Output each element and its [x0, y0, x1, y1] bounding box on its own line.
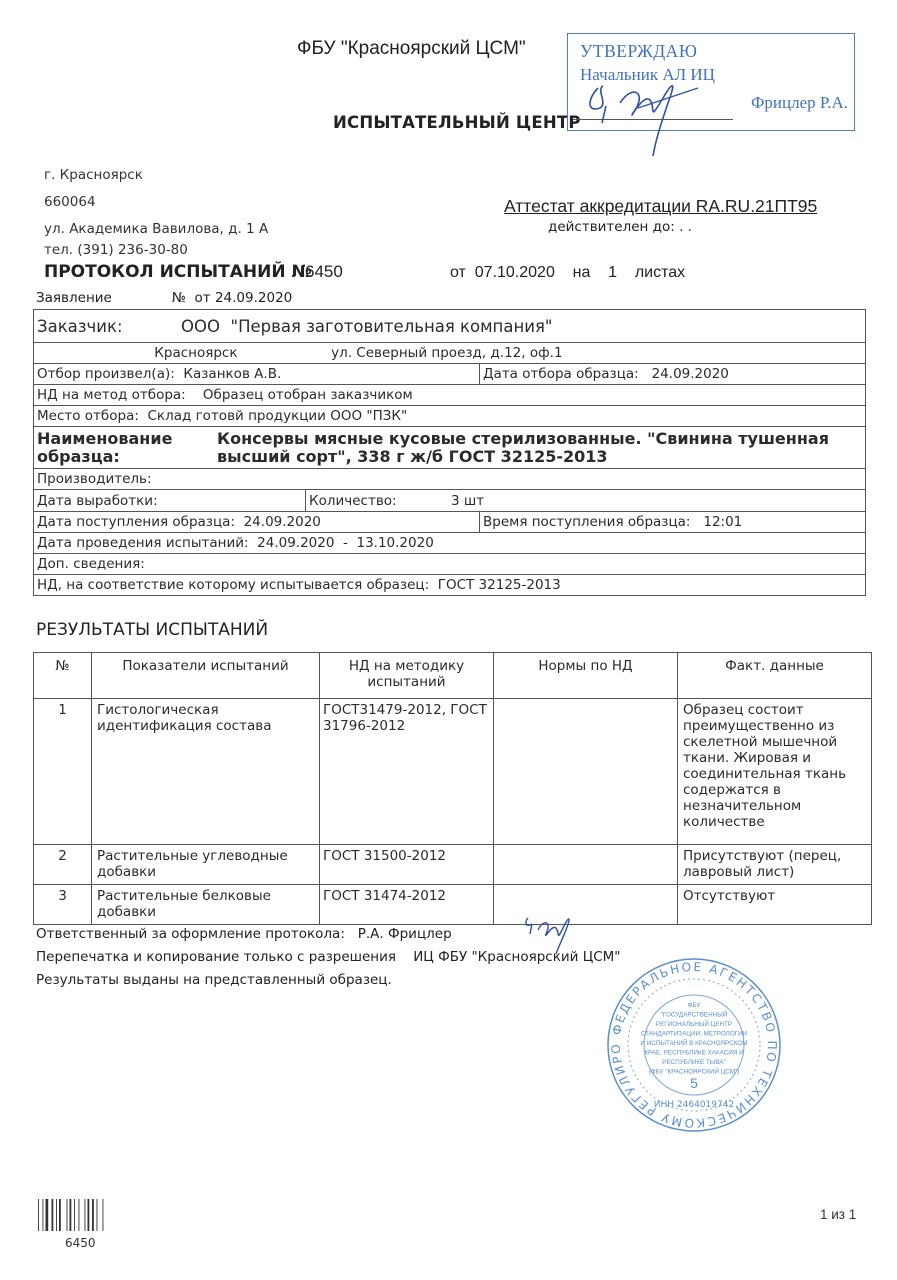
quantity-value: 3 шт	[451, 493, 484, 509]
row-norm	[494, 699, 678, 845]
sampling-place-row: Место отбора: Склад готовй продукции ООО…	[34, 406, 866, 427]
producer-label: Производитель:	[37, 471, 152, 487]
customer-label: Заказчик:	[37, 317, 123, 336]
results-note: Результаты выданы на представленный обра…	[36, 972, 392, 988]
approval-stamp-signer: Фрицлер Р.А.	[751, 93, 848, 113]
stamp-number: 5	[690, 1075, 698, 1091]
sampling-date-value: 24.09.2020	[652, 366, 729, 382]
address-postal-code: 660064	[44, 194, 96, 210]
testing-center-name: ИСПЫТАТЕЛЬНЫЙ ЦЕНТР	[333, 113, 581, 132]
sampling-date-cell: Дата отбора образца: 24.09.2020	[480, 364, 866, 385]
results-table: № Показатели испытаний НД на методику ис…	[33, 652, 872, 925]
column-header-actual: Факт. данные	[678, 653, 872, 699]
sample-name-row: Наименование образца: Консервы мясные ку…	[34, 427, 866, 469]
extra-info-row: Доп. сведения:	[34, 554, 866, 575]
row-number: 3	[34, 885, 92, 925]
protocol-number: 6450	[305, 262, 343, 282]
sampler-label: Отбор произвел(а):	[37, 366, 175, 382]
sampling-method-label: НД на метод отбора:	[37, 387, 186, 403]
row-number: 1	[34, 699, 92, 845]
barcode-number: 6450	[65, 1236, 96, 1250]
organization-name: ФБУ "Красноярский ЦСМ"	[297, 38, 526, 60]
row-number: 2	[34, 845, 92, 885]
stamp-inn: ИНН 2464019742	[654, 1100, 734, 1110]
customer-value: ООО "Первая заготовительная компания"	[181, 317, 552, 336]
responsible-person: Ответственный за оформление протокола: Р…	[36, 926, 452, 942]
row-indicator: Растительные углеводные добавки	[92, 845, 320, 885]
sampling-place-label: Место отбора:	[37, 408, 139, 424]
accreditation-valid-until: действителен до: . .	[548, 219, 692, 235]
test-dates-row: Дата проведения испытаний: 24.09.2020 - …	[34, 533, 866, 554]
test-dates-label: Дата проведения испытаний:	[37, 535, 249, 551]
extra-info-label: Доп. сведения:	[37, 556, 145, 572]
row-norm	[494, 845, 678, 885]
protocol-date: от 07.10.2020 на 1 листах	[450, 264, 685, 282]
table-row: 2 Растительные углеводные добавки ГОСТ 3…	[34, 845, 872, 885]
row-actual: Отсутствуют	[678, 885, 872, 925]
production-quantity-row: Дата выработки: Количество: 3 шт	[34, 490, 866, 512]
approval-stamp-title: УТВЕРЖДАЮ	[580, 41, 697, 62]
row-indicator: Растительные белковые добавки	[92, 885, 320, 925]
sample-info-table: Заказчик: ООО "Первая заготовительная ко…	[33, 309, 866, 596]
stamp-inner-line: РЕСПУБЛИКЕ ТЫВА"	[662, 1059, 726, 1066]
stamp-inner-line: "ГОСУДАРСТВЕННЫЙ	[661, 1010, 728, 1019]
sampling-method-value: Образец отобран заказчиком	[203, 387, 413, 403]
sampling-place-value: Склад готовй продукции ООО "ПЗК"	[147, 408, 407, 424]
official-round-stamp: ФЕДЕРАЛЬНОЕ АГЕНТСТВО ПО ТЕХНИЧЕСКОМУ РЕ…	[606, 957, 782, 1133]
row-actual: Образец состоит преимущественно из скеле…	[678, 699, 872, 845]
address-phone: тел. (391) 236-30-80	[44, 242, 188, 258]
sampling-method-row: НД на метод отбора: Образец отобран зака…	[34, 385, 866, 406]
stamp-inner-line: РЕГИОНАЛЬНЫЙ ЦЕНТР	[656, 1019, 732, 1028]
receipt-date-label: Дата поступления образца:	[37, 514, 235, 530]
page-count: 1 из 1	[820, 1207, 856, 1222]
sample-name-label: Наименование образца:	[37, 430, 217, 466]
column-header-method: НД на методику испытаний	[320, 653, 494, 699]
row-indicator: Гистологическая идентификация состава	[92, 699, 320, 845]
nd-compliance-label: НД, на соответствие которому испытываетс…	[37, 577, 429, 593]
application-line: Заявление № от 24.09.2020	[36, 290, 292, 306]
customer-city: Красноярск	[154, 345, 237, 361]
table-row: 3 Растительные белковые добавки ГОСТ 314…	[34, 885, 872, 925]
accreditation-certificate: Аттестат аккредитации RA.RU.21ПТ95	[504, 196, 817, 217]
nd-compliance-row: НД, на соответствие которому испытываетс…	[34, 575, 866, 596]
stamp-inner-line: СТАНДАРТИЗАЦИИ, МЕТРОЛОГИИ	[641, 1031, 748, 1038]
column-header-indicator: Показатели испытаний	[92, 653, 320, 699]
column-header-number: №	[34, 653, 92, 699]
stamp-inner-line: КРАЕ, РЕСПУБЛИКЕ ХАКАСИЯ И	[644, 1050, 744, 1057]
customer-street: ул. Северный проезд, д.12, оф.1	[331, 345, 562, 361]
barcode	[37, 1199, 109, 1231]
test-dates-value: 24.09.2020 - 13.10.2020	[257, 535, 434, 551]
receipt-time-cell: Время поступления образца: 12:01	[480, 512, 866, 533]
receipt-time-label: Время поступления образца:	[483, 514, 690, 530]
sampling-date-label: Дата отбора образца:	[483, 366, 639, 382]
signature-icon	[520, 912, 580, 954]
row-method: ГОСТ31479-2012, ГОСТ 31796-2012	[320, 699, 494, 845]
customer-row: Заказчик: ООО "Первая заготовительная ко…	[34, 310, 866, 343]
signature-icon	[578, 78, 708, 158]
approval-stamp: УТВЕРЖДАЮ Начальник АЛ ИЦ Фрицлер Р.А.	[567, 33, 855, 131]
customer-address-row: Красноярск ул. Северный проезд, д.12, оф…	[34, 343, 866, 364]
sample-name-value: Консервы мясные кусовые стерилизованные.…	[217, 430, 847, 466]
receipt-date-cell: Дата поступления образца: 24.09.2020	[34, 512, 480, 533]
address-street: ул. Академика Вавилова, д. 1 А	[44, 221, 268, 237]
receipt-time-value: 12:01	[703, 514, 742, 530]
protocol-title: ПРОТОКОЛ ИСПЫТАНИЙ №	[44, 262, 312, 282]
column-header-norm: Нормы по НД	[494, 653, 678, 699]
production-date-label: Дата выработки:	[34, 490, 306, 511]
quantity-label: Количество:	[306, 493, 451, 509]
producer-row: Производитель:	[34, 469, 866, 490]
stamp-inner-line: ФБУ	[688, 1002, 702, 1009]
receipt-date-value: 24.09.2020	[244, 514, 321, 530]
row-actual: Присутствуют (перец, лавровый лист)	[678, 845, 872, 885]
table-row: 1 Гистологическая идентификация состава …	[34, 699, 872, 845]
results-title: РЕЗУЛЬТАТЫ ИСПЫТАНИЙ	[36, 620, 268, 640]
sampler-cell: Отбор произвел(а): Казанков А.В.	[34, 364, 480, 385]
stamp-inner-line: И ИСПЫТАНИЙ В КРАСНОЯРСКОМ	[641, 1038, 748, 1047]
row-method: ГОСТ 31500-2012	[320, 845, 494, 885]
sampler-value: Казанков А.В.	[183, 366, 281, 382]
row-method: ГОСТ 31474-2012	[320, 885, 494, 925]
address-city: г. Красноярск	[44, 167, 143, 183]
nd-compliance-value: ГОСТ 32125-2013	[438, 577, 561, 593]
